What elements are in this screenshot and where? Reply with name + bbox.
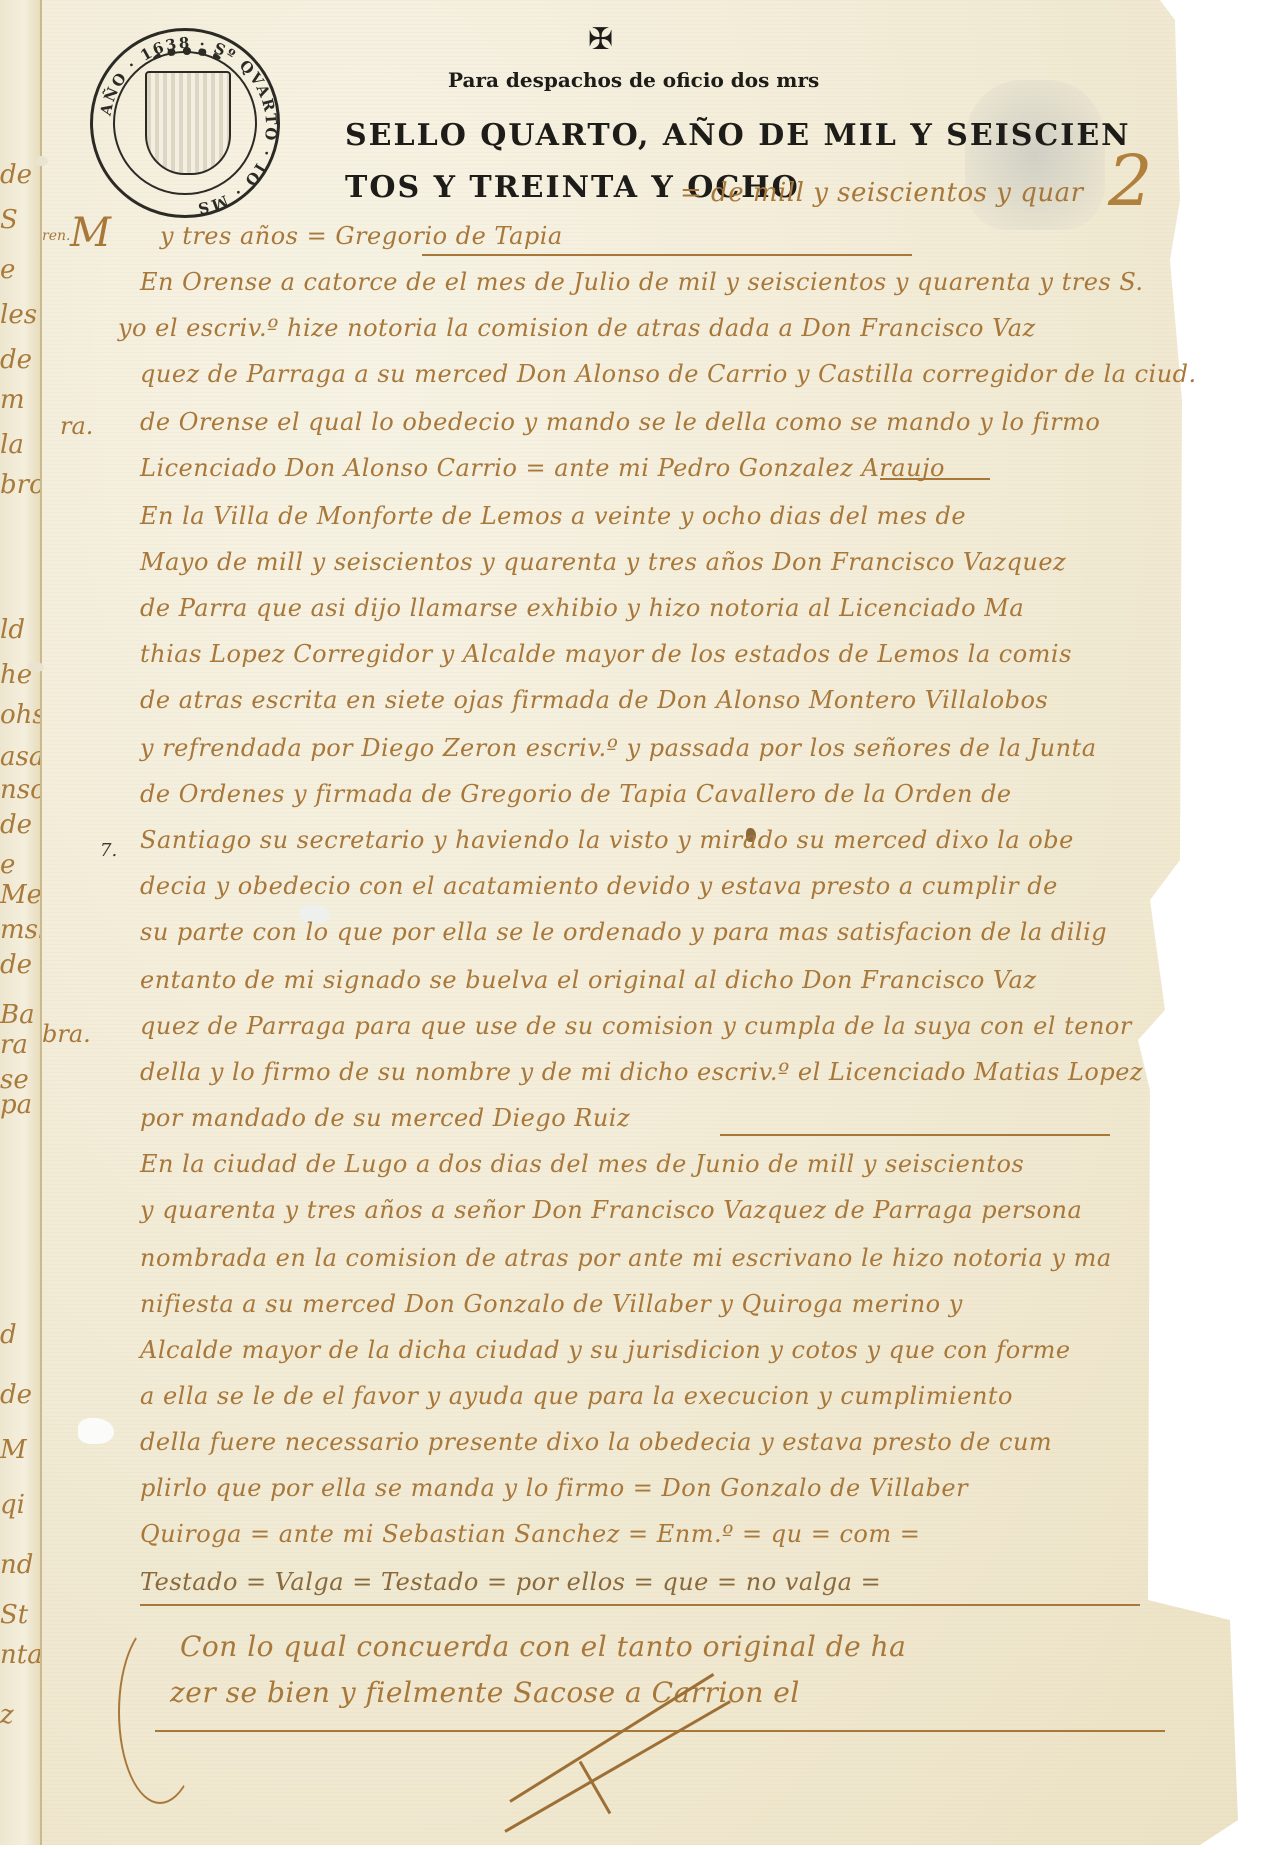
fold-fragment: St (0, 1600, 40, 1630)
fold-fragment: nta (0, 1640, 40, 1670)
section-divider-rule (140, 1604, 1140, 1606)
manuscript-line: nombrada en la comision de atras por ant… (140, 1244, 1112, 1272)
manuscript-line: su parte con lo que por ella se le orden… (140, 918, 1107, 946)
manuscript-line: nifiesta a su merced Don Gonzalo de Vill… (140, 1290, 963, 1318)
manuscript-line: Alcalde mayor de la dicha ciudad y su ju… (140, 1336, 1071, 1364)
manuscript-line: Santiago su secretario y haviendo la vis… (140, 826, 1074, 854)
manuscript-line: quez de Parraga para que use de su comis… (140, 1012, 1132, 1040)
fold-fragment: nso (0, 775, 40, 805)
manuscript-line: de Ordenes y firmada de Gregorio de Tapi… (140, 780, 1012, 808)
manuscript-line: plirlo que por ella se manda y lo firmo … (140, 1474, 968, 1502)
left-fold-adjacent-page: de S e les de m la bro ld he ohs asa nso… (0, 0, 42, 1845)
fold-fragment: de (0, 810, 40, 840)
manuscript-line: y tres años = Gregorio de Tapia (160, 222, 563, 250)
fold-fragment: M (0, 1435, 40, 1465)
fold-fragment: msl (0, 915, 40, 945)
fold-fragment: asa (0, 742, 40, 772)
manuscript-line: de Parra que asi dijo llamarse exhibio y… (140, 594, 1024, 622)
manuscript-line: della y lo firmo de su nombre y de mi di… (140, 1058, 1143, 1086)
fold-fragment: d (0, 1320, 40, 1350)
fold-fragment: de (0, 345, 40, 375)
line-filler-rule (880, 478, 990, 480)
fold-fragment: ld (0, 615, 40, 645)
manuscript-line: a ella se le de el favor y ayuda que par… (140, 1382, 1013, 1410)
margin-note: M (70, 210, 111, 256)
fold-fragment: nd (0, 1550, 40, 1580)
manuscript-line: y quarenta y tres años a señor Don Franc… (140, 1196, 1082, 1224)
manuscript-line: entanto de mi signado se buelva el origi… (140, 966, 1037, 994)
fold-fragment: ra (0, 1030, 40, 1060)
line-filler-rule (720, 1134, 1110, 1136)
margin-note: bra. (42, 1020, 91, 1048)
binding-hole (28, 662, 44, 672)
manuscript-line: En la Villa de Monforte de Lemos a veint… (140, 502, 966, 530)
line-filler-rule (422, 254, 912, 256)
fold-fragment: m (0, 385, 40, 415)
fold-fragment: de (0, 160, 40, 190)
manuscript-errata-line: Testado = Valga = Testado = por ellos = … (140, 1568, 881, 1596)
fold-fragment: Ba (0, 1000, 40, 1030)
manuscript-line: de atras escrita en siete ojas firmada d… (140, 686, 1048, 714)
closing-underline-rule (155, 1730, 1165, 1732)
manuscript-line: En Orense a catorce de el mes de Julio d… (140, 268, 1144, 296)
fold-fragment: bro (0, 470, 40, 500)
closing-line: Con lo qual concuerda con el tanto origi… (180, 1630, 906, 1663)
handwritten-year-continuation: = de mill y seiscientos y quar (680, 178, 1084, 208)
manuscript-line: Quiroga = ante mi Sebastian Sanchez = En… (140, 1520, 920, 1548)
margin-note: ren. (42, 228, 70, 244)
margin-note: 7. (100, 840, 117, 861)
fold-fragment: de (0, 950, 40, 980)
printed-usage-line: Para despachos de oficio dos mrs (448, 68, 819, 92)
manuscript-line: quez de Parraga a su merced Don Alonso d… (140, 360, 1197, 388)
manuscript-line: yo el escriv.º hize notoria la comision … (118, 314, 1036, 342)
fold-fragment: les (0, 300, 40, 330)
fold-fragment: e (0, 255, 40, 285)
printed-stamp-title: SELLO QUARTO, AÑO DE MIL Y SEISCIEN (345, 118, 1131, 153)
coat-of-arms-icon (145, 71, 231, 175)
manuscript-line: de Orense el qual lo obedecio y mando se… (140, 408, 1100, 436)
fold-fragment: de (0, 1380, 40, 1410)
manuscript-line: y refrendada por Diego Zeron escriv.º y … (140, 734, 1097, 762)
fold-fragment: ohs (0, 700, 40, 730)
fold-fragment: e (0, 850, 40, 880)
folio-number: 2 (1108, 140, 1153, 222)
fold-fragment: z (0, 1700, 40, 1730)
manuscript-line: della fuere necessario presente dixo la … (140, 1428, 1052, 1456)
paper-tear (78, 1418, 114, 1444)
fold-fragment: la (0, 430, 40, 460)
manuscript-line: thias Lopez Corregidor y Alcalde mayor d… (140, 640, 1072, 668)
manuscript-line: En la ciudad de Lugo a dos dias del mes … (140, 1150, 1024, 1178)
manuscript-line: Mayo de mill y seiscientos y quarenta y … (140, 548, 1066, 576)
fold-fragment: S (0, 205, 40, 235)
royal-seal-stamp: AÑO · 1638 · Sº QVARTO · IO · MS (90, 28, 280, 218)
fold-fragment: Me (0, 880, 40, 910)
manuscript-line: por mandado de su merced Diego Ruiz (140, 1104, 630, 1132)
fold-fragment: pa (0, 1090, 40, 1120)
cross-icon: ✠ (588, 22, 613, 57)
manuscript-line: decia y obedecio con el acatamiento devi… (140, 872, 1058, 900)
manuscript-line: Licenciado Don Alonso Carrio = ante mi P… (140, 454, 945, 482)
margin-note: ra. (60, 412, 93, 440)
binding-hole (36, 156, 48, 166)
fold-fragment: qi (0, 1490, 40, 1520)
